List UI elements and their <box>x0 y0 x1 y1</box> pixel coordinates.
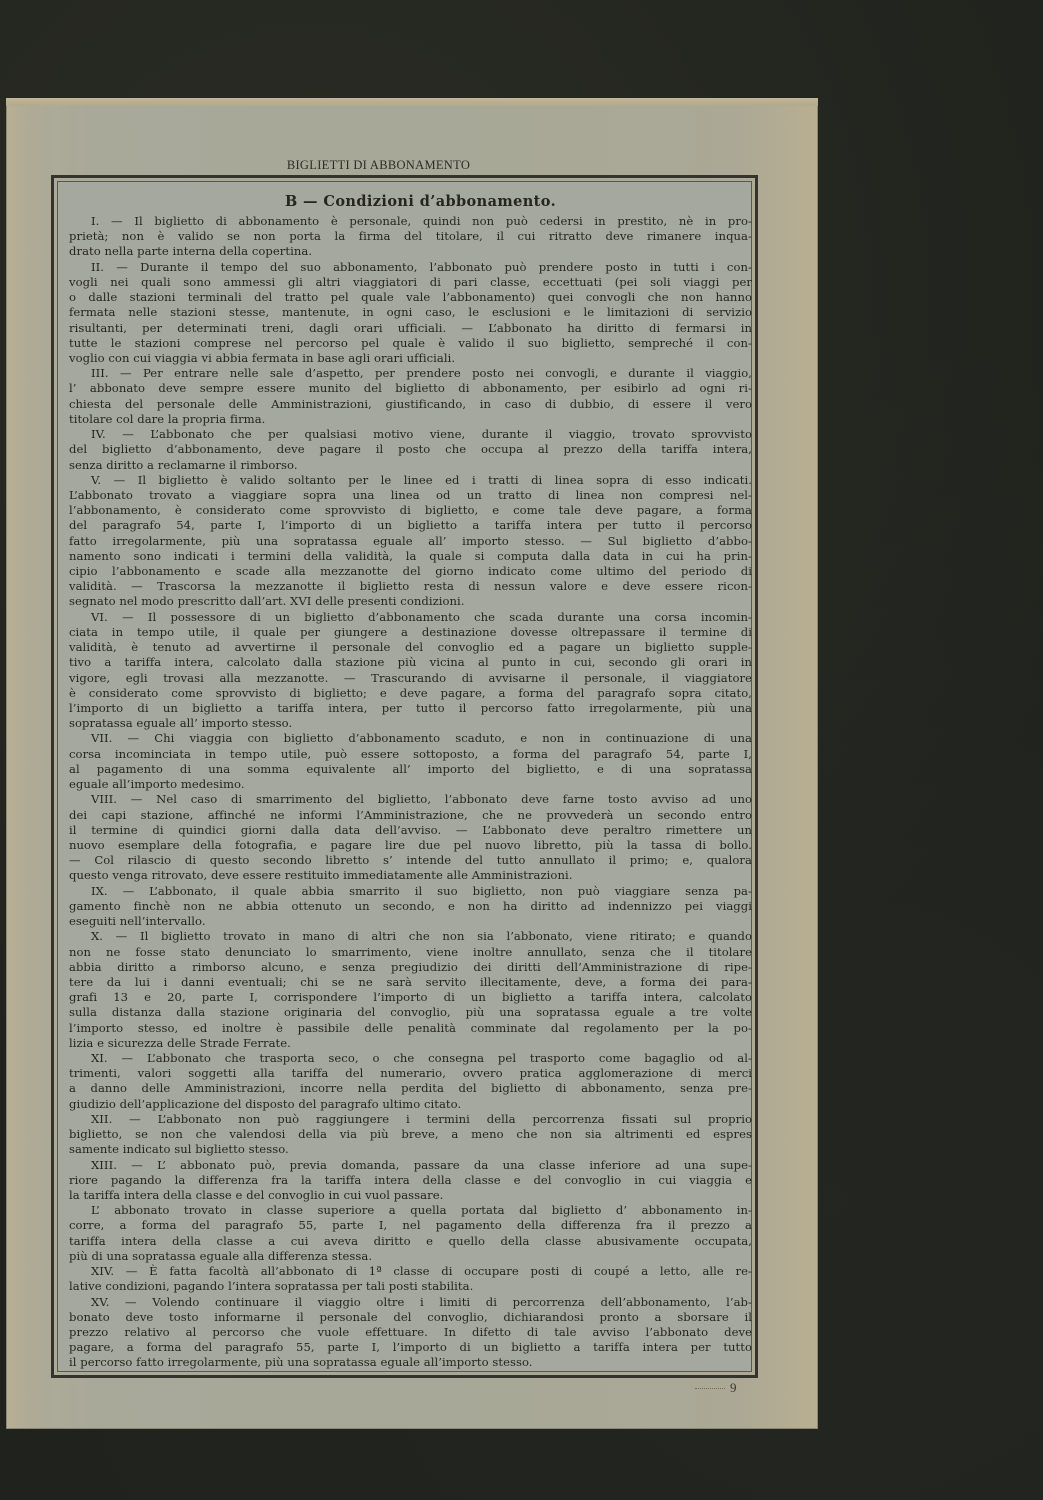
text-line: senza diritto a reclamarne il rimborso. <box>69 458 752 473</box>
paragraph-xii: XII. — L’abbonato non può raggiungere i … <box>69 1112 752 1158</box>
page-number: 9 <box>730 1380 737 1396</box>
text-line: vigore, egli trovasi alla mezzanotte. — … <box>69 671 752 686</box>
text-line: gamento finchè non ne abbia ottenuto un … <box>69 899 752 914</box>
text-line: l’importo stesso, ed inoltre è passibile… <box>69 1021 752 1036</box>
text-line: voglio con cui viaggia vi abbia fermata … <box>69 351 752 366</box>
text-line: è considerato come sprovvisto di bigliet… <box>69 686 752 701</box>
text-line: vogli nei quali sono ammessi gli altri v… <box>69 275 752 290</box>
text-line: prezzo relativo al percorso che vuole ef… <box>69 1325 752 1340</box>
document-page: BIGLIETTI DI ABBONAMENTO B — Condizioni … <box>6 98 818 1429</box>
text-line: VII. — Chi viaggia con biglietto d’abbon… <box>69 731 752 746</box>
text-line: a danno delle Amministrazioni, incorre n… <box>69 1081 752 1096</box>
text-line: eguale all’importo medesimo. <box>69 777 752 792</box>
text-line: eseguiti nell’intervallo. <box>69 914 752 929</box>
text-line: pagare, a forma del paragrafo 55, parte … <box>69 1340 752 1355</box>
text-line: ciata in tempo utile, il quale per giung… <box>69 625 752 640</box>
paragraph-i: I. — Il biglietto di abbonamento è perso… <box>69 214 752 260</box>
text-line: o dalle stazioni terminali del tratto pe… <box>69 290 752 305</box>
text-line: lative condizioni, pagando l’intera sopr… <box>69 1279 752 1294</box>
paragraph-xiv: XIV. — È fatta facoltà all’abbonato di 1… <box>69 1264 752 1294</box>
text-line: validità. — Trascorsa la mezzanotte il b… <box>69 579 752 594</box>
text-line: del biglietto d’abbonamento, deve pagare… <box>69 442 752 457</box>
text-line: XIV. — È fatta facoltà all’abbonato di 1… <box>69 1264 752 1279</box>
text-line: namento sono indicati i termini della va… <box>69 549 752 564</box>
text-line: V. — Il biglietto è valido soltanto per … <box>69 473 752 488</box>
running-head: BIGLIETTI DI ABBONAMENTO <box>6 158 751 173</box>
text-line: chiesta del personale delle Amministrazi… <box>69 397 752 412</box>
text-line: cipio l’abbonamento e scade alla mezzano… <box>69 564 752 579</box>
text-line: il percorso fatto irregolarmente, più un… <box>69 1355 752 1370</box>
text-line: XI. — L’abbonato che trasporta seco, o c… <box>69 1051 752 1066</box>
text-line: tutte le stazioni comprese nel percorso … <box>69 336 752 351</box>
text-line: l’importo di un biglietto a tariffa inte… <box>69 701 752 716</box>
text-line: trimenti, valori soggetti alla tariffa d… <box>69 1066 752 1081</box>
text-line: tivo a tariffa intera, calcolato dalla s… <box>69 655 752 670</box>
text-line: IV. — L’abbonato che per qualsiasi motiv… <box>69 427 752 442</box>
paragraph-xv: XV. — Volendo continuare il viaggio oltr… <box>69 1295 752 1371</box>
paragraph-ii: II. — Durante il tempo del suo abbonamen… <box>69 260 752 367</box>
text-line: L’abbonato trovato a viaggiare sopra una… <box>69 488 752 503</box>
text-line: XIII. — L’ abbonato può, previa domanda,… <box>69 1158 752 1173</box>
text-line: X. — Il biglietto trovato in mano di alt… <box>69 929 752 944</box>
text-line: — Col rilascio di questo secondo librett… <box>69 853 752 868</box>
paragraph-xiii: XIII. — L’ abbonato può, previa domanda,… <box>69 1158 752 1204</box>
text-line: la tariffa intera della classe e del con… <box>69 1188 752 1203</box>
conditions-frame: B — Condizioni d’abbonamento. I. — Il bi… <box>51 175 758 1378</box>
paragraph-iii: III. — Per entrare nelle sale d’aspetto,… <box>69 366 752 427</box>
text-line: samente indicato sul biglietto stesso. <box>69 1142 752 1157</box>
text-line: I. — Il biglietto di abbonamento è perso… <box>69 214 752 229</box>
text-line: IX. — L’abbonato, il quale abbia smarrit… <box>69 884 752 899</box>
text-line: corsa incominciata in tempo utile, può e… <box>69 747 752 762</box>
text-line: drato nella parte interna della copertin… <box>69 244 752 259</box>
text-line: riore pagando la differenza fra la tarif… <box>69 1173 752 1188</box>
text-line: XII. — L’abbonato non può raggiungere i … <box>69 1112 752 1127</box>
text-line: L’ abbonato trovato in classe superiore … <box>69 1203 752 1218</box>
text-line: tere da lui i danni eventuali; chi se ne… <box>69 975 752 990</box>
text-line: prietà; non è valido se non porta la fir… <box>69 229 752 244</box>
text-line: del paragrafo 54, parte I, l’importo di … <box>69 518 752 533</box>
text-line: abbia diritto a rimborso alcuno, e senza… <box>69 960 752 975</box>
text-line: bonato deve tosto informarne il personal… <box>69 1310 752 1325</box>
paragraph-iv: IV. — L’abbonato che per qualsiasi motiv… <box>69 427 752 473</box>
text-line: questo venga ritrovato, deve essere rest… <box>69 868 752 883</box>
text-line: biglietto, se non che valendosi della vi… <box>69 1127 752 1142</box>
text-line: validità, è tenuto ad avvertirne il pers… <box>69 640 752 655</box>
text-line: II. — Durante il tempo del suo abbonamen… <box>69 260 752 275</box>
text-line: non ne fosse stato denunciato lo smarrim… <box>69 945 752 960</box>
paragraph-x: X. — Il biglietto trovato in mano di alt… <box>69 929 752 1051</box>
text-line: l’abbonamento, è considerato come sprovv… <box>69 503 752 518</box>
text-line: risultanti, per determinati treni, dagli… <box>69 321 752 336</box>
paragraph-v: V. — Il biglietto è valido soltanto per … <box>69 473 752 610</box>
conditions-frame-inner: B — Condizioni d’abbonamento. I. — Il bi… <box>57 181 752 1372</box>
section-title: B — Condizioni d’abbonamento. <box>69 190 752 214</box>
text-line: VIII. — Nel caso di smarrimento del bigl… <box>69 792 752 807</box>
text-line: giudizio dell’applicazione del disposto … <box>69 1097 752 1112</box>
text-line: grafi 13 e 20, parte I, corrispondere l’… <box>69 990 752 1005</box>
text-line: sopratassa eguale all’ importo stesso. <box>69 716 752 731</box>
paragraph-vi: VI. — Il possessore di un biglietto d’ab… <box>69 610 752 732</box>
text-line: dei capi stazione, affinché ne informi l… <box>69 808 752 823</box>
text-line: tariffa intera della classe a cui aveva … <box>69 1234 752 1249</box>
text-line: l’ abbonato deve sempre essere munito de… <box>69 381 752 396</box>
text-line: fatto irregolarmente, più una sopratassa… <box>69 534 752 549</box>
text-line: nuovo esemplare della fotografia, e paga… <box>69 838 752 853</box>
text-line: segnato nel modo prescritto dall’art. XV… <box>69 594 752 609</box>
text-line: sulla distanza dalla stazione originaria… <box>69 1005 752 1020</box>
paragraph-ix: IX. — L’abbonato, il quale abbia smarrit… <box>69 884 752 930</box>
paragraph-list: I. — Il biglietto di abbonamento è perso… <box>69 214 752 1371</box>
text-line: il termine di quindici giorni dalla data… <box>69 823 752 838</box>
text-line: lizia e sicurezza delle Strade Ferrate. <box>69 1036 752 1051</box>
text-line: VI. — Il possessore di un biglietto d’ab… <box>69 610 752 625</box>
text-line: corre, a forma del paragrafo 55, parte I… <box>69 1218 752 1233</box>
text-line: XV. — Volendo continuare il viaggio oltr… <box>69 1295 752 1310</box>
page-top-edge <box>6 98 818 106</box>
paragraph-xi: XI. — L’abbonato che trasporta seco, o c… <box>69 1051 752 1112</box>
text-line: titolare col dare la propria firma. <box>69 412 752 427</box>
text-line: al pagamento di una somma equivalente al… <box>69 762 752 777</box>
text-line: III. — Per entrare nelle sale d’aspetto,… <box>69 366 752 381</box>
paragraph-viii: VIII. — Nel caso di smarrimento del bigl… <box>69 792 752 883</box>
text-line: fermata nelle stazioni stesse, mantenute… <box>69 305 752 320</box>
text-line: più di una sopratassa eguale alla differ… <box>69 1249 752 1264</box>
conditions-content: B — Condizioni d’abbonamento. I. — Il bi… <box>69 182 752 1371</box>
paragraph-vii: VII. — Chi viaggia con biglietto d’abbon… <box>69 731 752 792</box>
paragraph-xiii-bis: L’ abbonato trovato in classe superiore … <box>69 1203 752 1264</box>
